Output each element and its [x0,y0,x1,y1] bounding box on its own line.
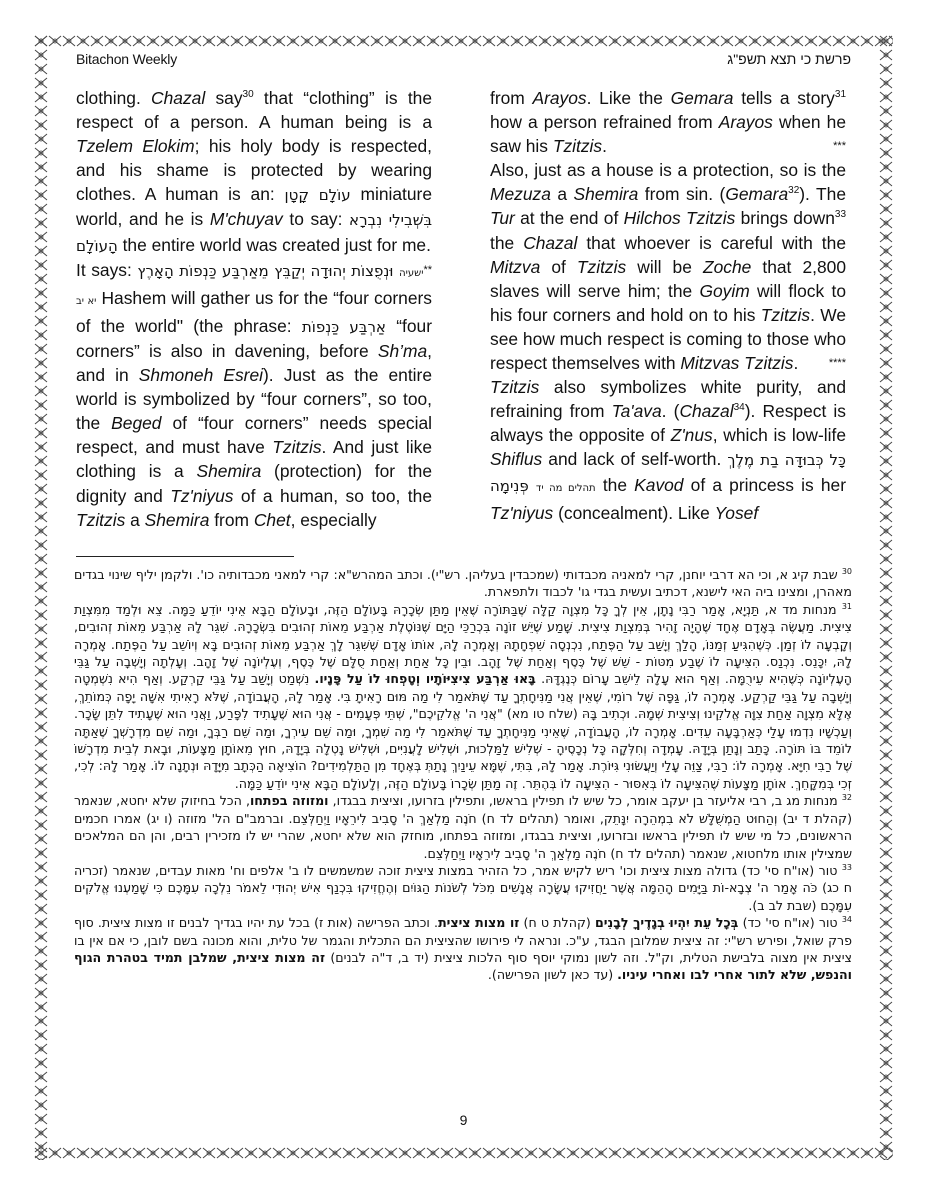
border-right [879,34,893,1160]
footnote-ref[interactable]: 32 [788,186,799,197]
paragraph: Tzitzis also symbolizes white purity, an… [490,375,846,525]
footnote-ref[interactable]: 33 [835,210,846,221]
footnote-31: 31 מנחות מד א, תַּנְיָא, אָמַר רַבִּי נָ… [74,601,852,792]
right-column: from Arayos. Like the Gemara tells a sto… [490,86,846,525]
paragraph: from Arayos. Like the Gemara tells a sto… [490,86,846,158]
section-divider-stars: **** [829,351,846,375]
parsha-title: פרשת כי תצא תשפ"ג [727,51,851,67]
footnote-30: 30 שבת קיג א, וכי הא דרבי יוחנן, קרי למא… [74,566,852,601]
border-left [34,34,48,1160]
paragraph: Also, just as a house is a protection, s… [490,158,846,375]
paragraph: It says: וּנְפֻצוֹת יְהוּדָה יְקַבֵּץ מֵ… [76,258,432,532]
footnote-ref[interactable]: 34 [734,402,745,413]
left-column: clothing. Chazal say30 that “clothing” i… [76,86,432,532]
section-divider-stars: ** [423,258,432,282]
page-number: 9 [0,1112,927,1128]
footnote-separator [76,556,294,557]
paragraph: clothing. Chazal say30 that “clothing” i… [76,86,432,258]
footnote-ref[interactable]: 30 [243,89,254,100]
source-reference: תהלים מה יד [536,483,596,494]
section-divider-stars: *** [833,134,846,158]
publication-title: Bitachon Weekly [76,51,177,67]
footnote-32: 32 מנחות מג ב, רבי אליעזר בן יעקב אומר, … [74,792,852,862]
border-bottom [34,1146,893,1160]
footnote-34: 34 טור (או"ח סי' כד) בְּכָל עֵת יִהְיוּ … [74,914,852,984]
footnotes: 30 שבת קיג א, וכי הא דרבי יוחנן, קרי למא… [74,566,852,984]
footnote-ref[interactable]: 31 [835,89,846,100]
border-top [34,34,893,48]
page-header: Bitachon Weekly פרשת כי תצא תשפ"ג [76,51,851,71]
footnote-33: 33 טור (או"ח סי' כד) גדולה מצות ציצית וכ… [74,862,852,914]
